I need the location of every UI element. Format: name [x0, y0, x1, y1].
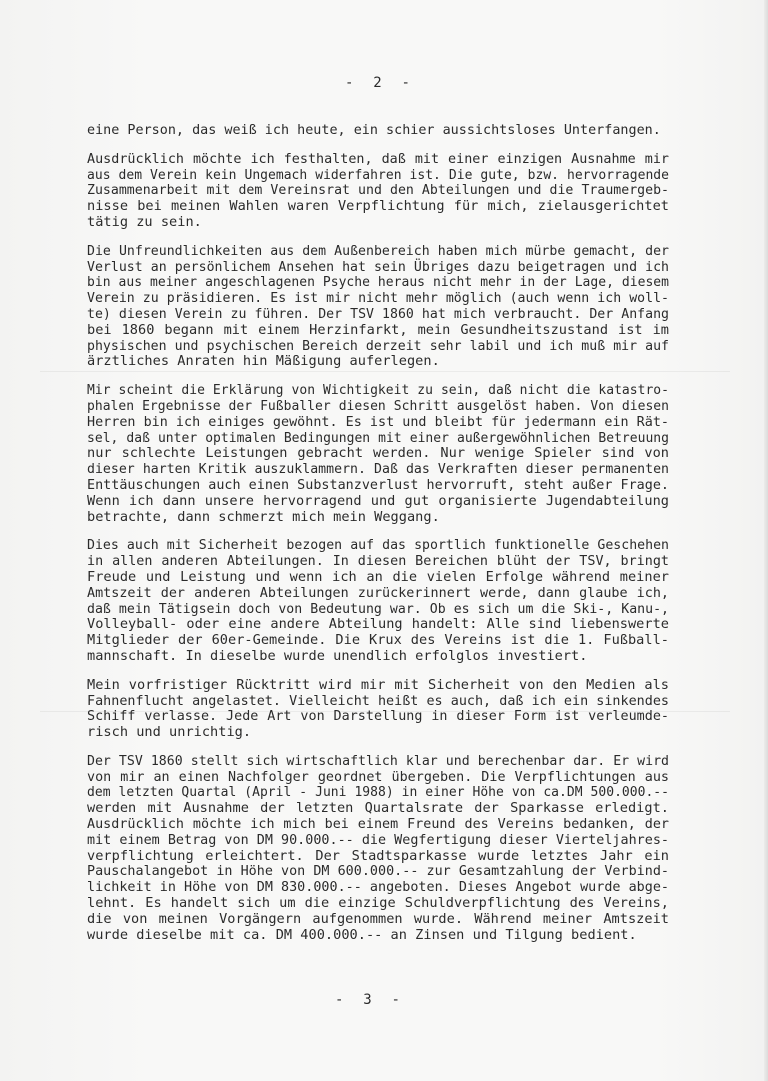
text-line: von mir an einen Nachfolger geordnet übe… — [87, 770, 669, 786]
text-line: dem letzten Quartal (April - Juni 1988) … — [87, 785, 669, 801]
text-line: daß mein Tätigsein doch von Bedeutung wa… — [87, 602, 669, 618]
footer-page-number: - 3 - — [0, 992, 752, 1008]
text-line: Verein zu präsidieren. Es ist mir nicht … — [87, 291, 669, 307]
text-line: Volleyball- oder eine andere Abteilung h… — [87, 617, 669, 633]
letter-body: eine Person, das weiß ich heute, ein sch… — [87, 123, 669, 956]
text-line: Ausdrücklich möchte ich mich bei einem F… — [87, 817, 669, 833]
text-line: werden mit Ausnahme der letzten Quartals… — [87, 801, 669, 817]
text-line: aus dem Verein kein Ungemach widerfahren… — [87, 168, 669, 184]
text-line: Dies auch mit Sicherheit bezogen auf das… — [87, 538, 669, 554]
text-line: Wenn ich dann unsere hervorragend und gu… — [87, 494, 669, 510]
text-line: Herren bin ich einiges gewöhnt. Es ist u… — [87, 415, 669, 431]
paragraph: eine Person, das weiß ich heute, ein sch… — [87, 123, 669, 139]
header-page-number: - 2 - — [0, 75, 762, 91]
text-line: lichkeit in Höhe von DM 830.000.-- angeb… — [87, 880, 669, 896]
paragraph: Der TSV 1860 stellt sich wirtschaftlich … — [87, 754, 669, 944]
text-line: die von meinen Vorgängern aufgenommen wu… — [87, 912, 669, 928]
text-line: Mitglieder der 60er-Gemeinde. Die Krux d… — [87, 633, 669, 649]
text-line: bei 1860 begann mit einem Herzinfarkt, m… — [87, 323, 669, 339]
text-line: physischen und psychischen Bereich derze… — [87, 339, 669, 355]
text-line: risch und unrichtig. — [87, 725, 669, 741]
text-line: nisse bei meinen Wahlen waren Verpflicht… — [87, 199, 669, 215]
text-line: Amtszeit der anderen Abteilungen zurücke… — [87, 586, 669, 602]
text-line: mannschaft. In dieselbe wurde unendlich … — [87, 649, 669, 665]
text-line: verpflichtung erleichtert. Der Stadtspar… — [87, 849, 669, 865]
text-line: Der TSV 1860 stellt sich wirtschaftlich … — [87, 754, 669, 770]
text-line: Enttäuschungen auch einen Substanzverlus… — [87, 478, 669, 494]
text-line: Zusammenarbeit mit dem Vereinsrat und de… — [87, 183, 669, 199]
paragraph: Mein vorfristiger Rücktritt wird mir mit… — [87, 678, 669, 741]
text-line: lehnt. Es handelt sich um die einzige Sc… — [87, 896, 669, 912]
text-line: ärztliches Anraten hin Mäßigung auferleg… — [87, 354, 669, 370]
text-line: Die Unfreundlichkeiten aus dem Außenbere… — [87, 244, 669, 260]
text-line: tätig zu sein. — [87, 215, 669, 231]
text-line: Freude und Leistung und wenn ich an die … — [87, 570, 669, 586]
text-line: te) diesen Verein zu führen. Der TSV 186… — [87, 307, 669, 323]
text-line: Schiff verlasse. Jede Art von Darstellun… — [87, 709, 669, 725]
text-line: phalen Ergebnisse der Fußballer diesen S… — [87, 399, 669, 415]
text-line: dieser harten Kritik auszuklammern. Daß … — [87, 462, 669, 478]
text-line: betrachte, dann schmerzt mich mein Wegga… — [87, 510, 669, 526]
text-line: Verlust an persönlichem Ansehen hat sein… — [87, 260, 669, 276]
paragraph: Dies auch mit Sicherheit bezogen auf das… — [87, 538, 669, 664]
text-line: wurde dieselbe mit ca. DM 400.000.-- an … — [87, 928, 669, 944]
paragraph: Mir scheint die Erklärung von Wichtigkei… — [87, 383, 669, 525]
text-line: in allen anderen Abteilungen. In diesen … — [87, 554, 669, 570]
text-line: mit einem Betrag von DM 90.000.-- die We… — [87, 833, 669, 849]
text-line: Pauschalangebot in Höhe von DM 600.000.-… — [87, 864, 669, 880]
text-line: Mir scheint die Erklärung von Wichtigkei… — [87, 383, 669, 399]
scanned-page: - 2 - eine Person, das weiß ich heute, e… — [0, 0, 768, 1081]
text-line: Mein vorfristiger Rücktritt wird mir mit… — [87, 678, 669, 694]
text-line: nur schlechte Leistungen gebracht werden… — [87, 446, 669, 462]
text-line: sel, daß unter optimalen Bedingungen mit… — [87, 431, 669, 447]
text-line: eine Person, das weiß ich heute, ein sch… — [87, 123, 669, 139]
text-line: Ausdrücklich möchte ich festhalten, daß … — [87, 152, 669, 168]
paragraph: Die Unfreundlichkeiten aus dem Außenbere… — [87, 244, 669, 370]
paragraph: Ausdrücklich möchte ich festhalten, daß … — [87, 152, 669, 231]
text-line: bin aus meiner angeschlagenen Psyche her… — [87, 275, 669, 291]
text-line: Fahnenflucht angelastet. Vielleicht heiß… — [87, 694, 669, 710]
page-edge-shadow — [764, 0, 768, 1081]
